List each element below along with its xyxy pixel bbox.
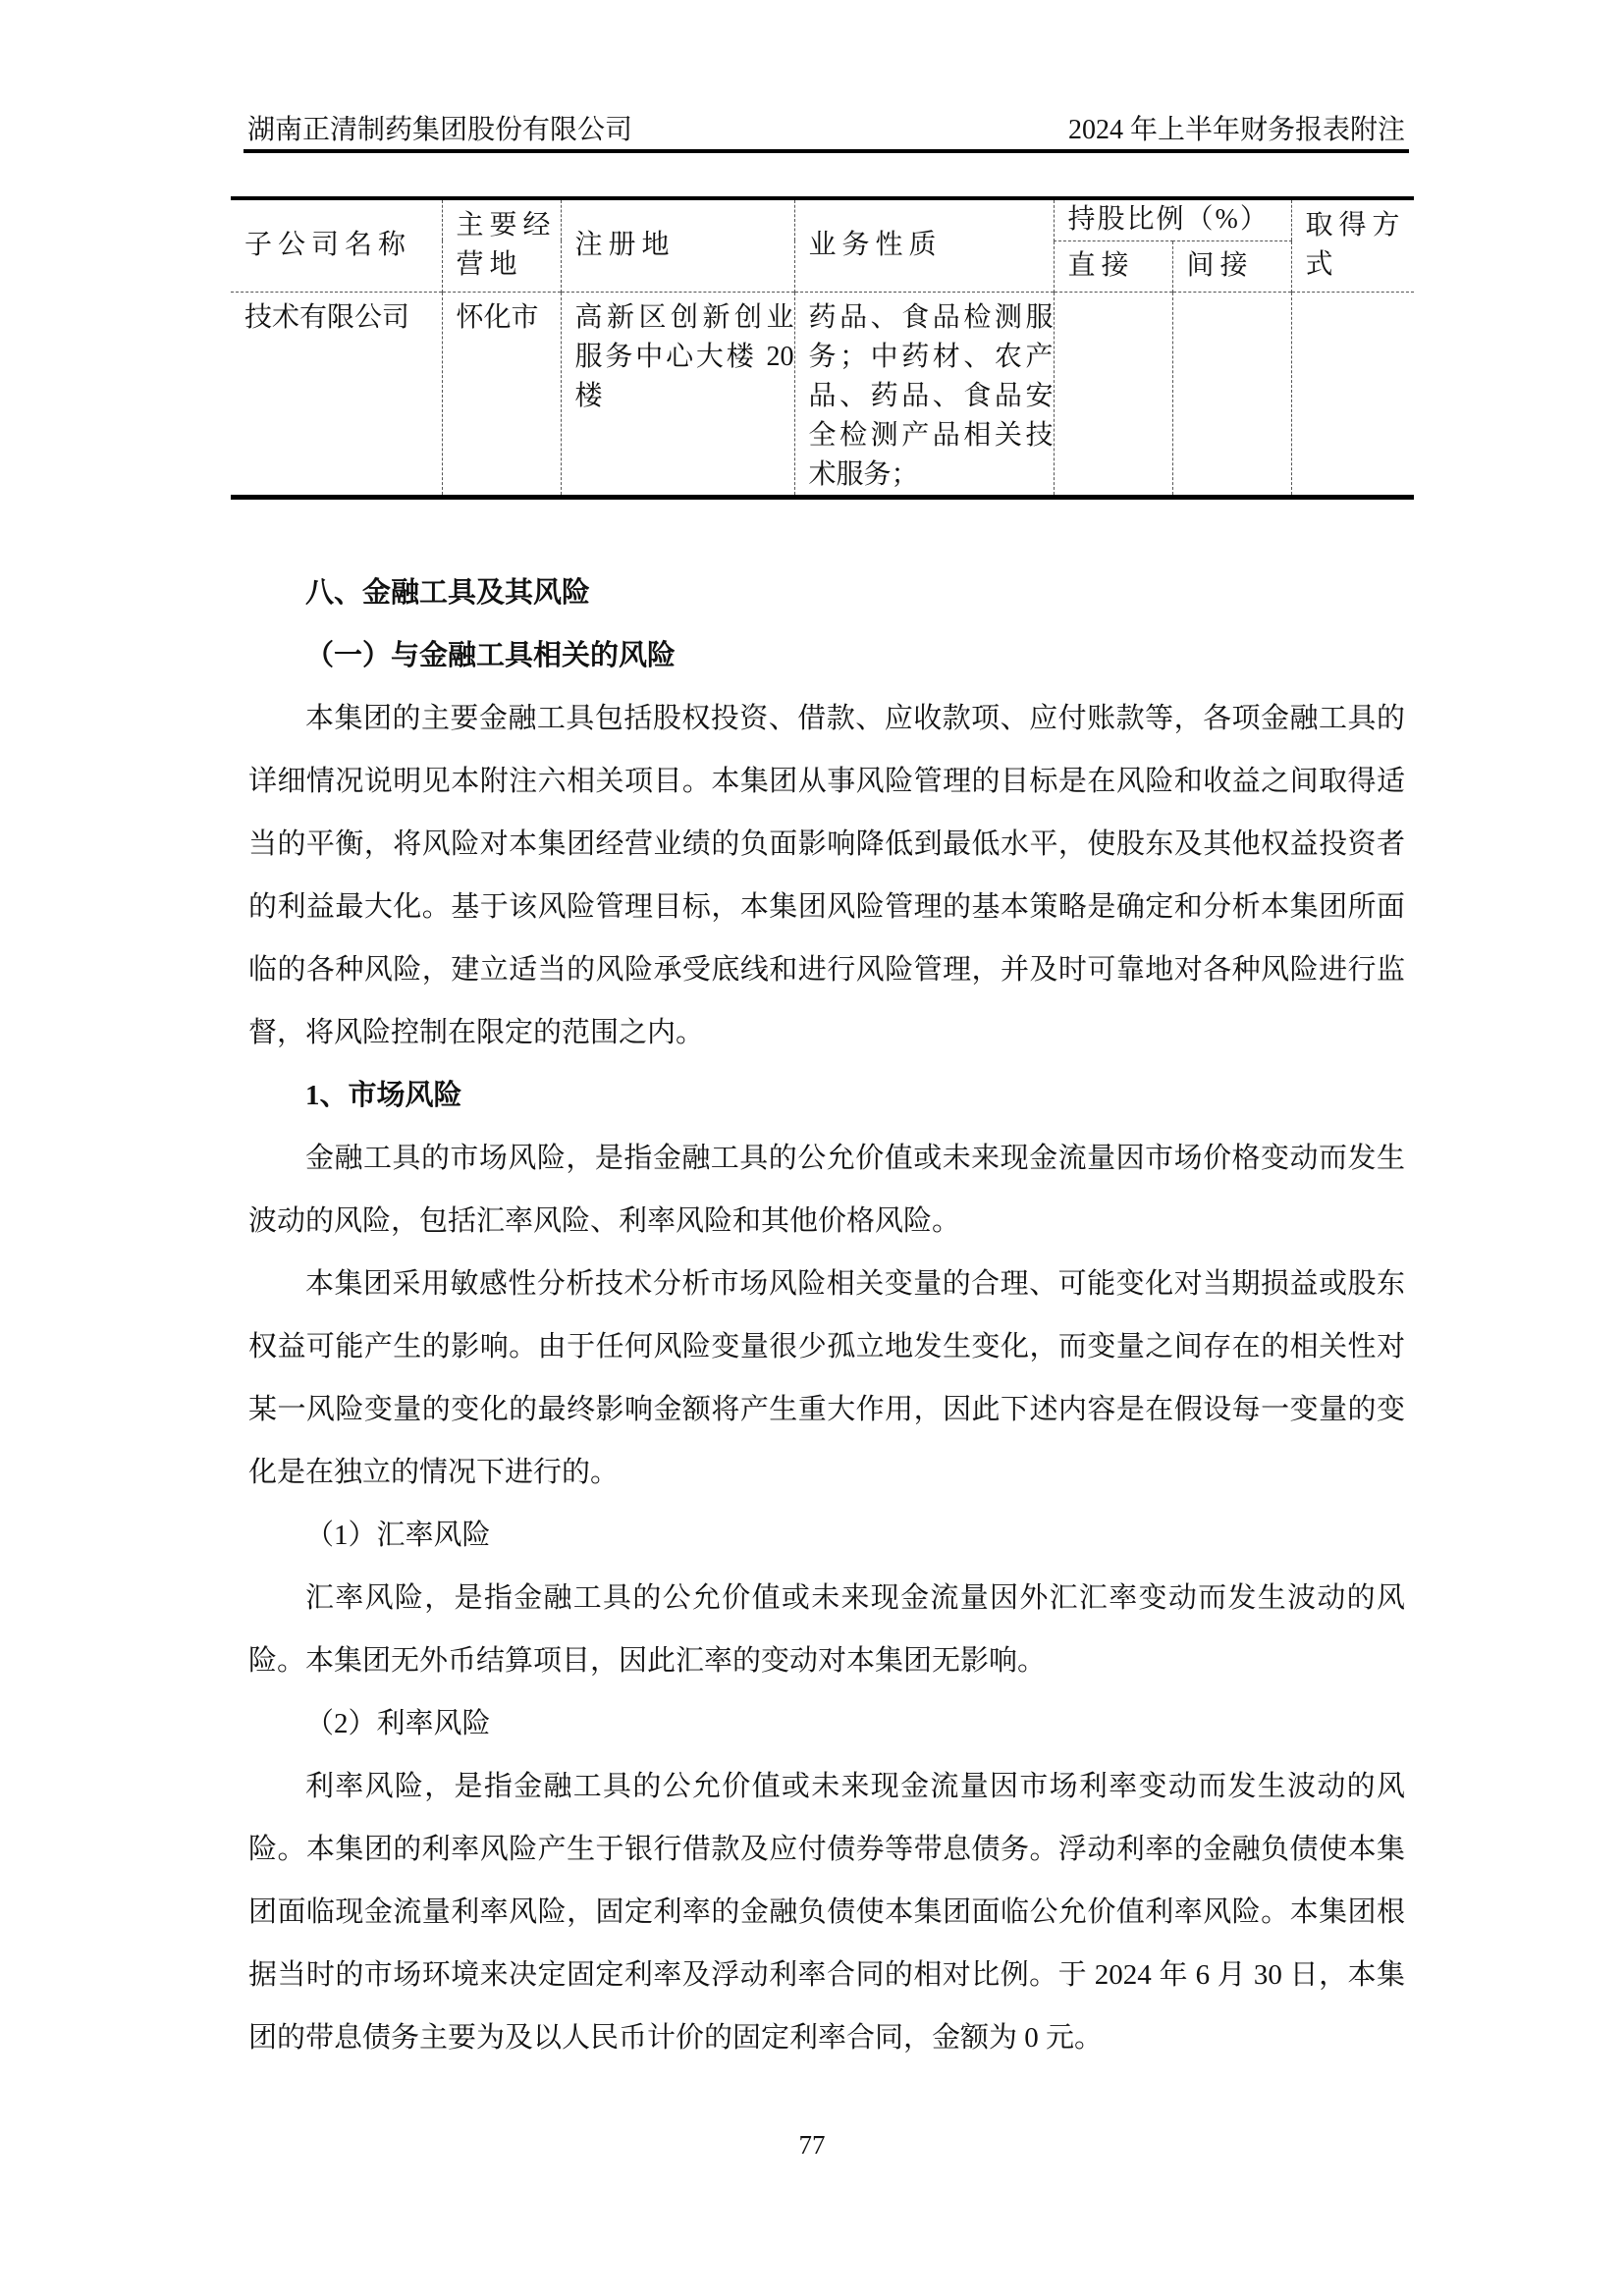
heading-exchange-rate-risk: （1）汇率风险 (248, 1504, 1405, 1567)
col-header-main-place: 主要经营地 (442, 198, 561, 292)
company-name: 湖南正清制药集团股份有限公司 (247, 114, 632, 147)
paragraph-sensitivity-analysis: 本集团采用敏感性分析技术分析市场风险相关变量的合理、可能变化对当期损益或股东权益… (248, 1253, 1405, 1504)
page-header: 湖南正清制药集团股份有限公司 2024 年上半年财务报表附注 (247, 114, 1405, 147)
body-text: 八、金融工具及其风险 （一）与金融工具相关的风险 本集团的主要金融工具包括股权投… (248, 561, 1405, 2069)
page-number: 77 (799, 2130, 826, 2160)
col-header-shareholding-ratio: 持股比例（%） (1054, 198, 1291, 240)
subsidiary-table-wrap: 子公司名称 主要经营地 注册地 业务性质 持股比例（%） 取得方式 直接 间接 … (231, 196, 1414, 500)
heading-market-risk: 1、市场风险 (248, 1064, 1405, 1127)
report-title: 2024 年上半年财务报表附注 (1068, 114, 1405, 147)
paragraph-interest-rate-risk: 利率风险，是指金融工具的公允价值或未来现金流量因市场利率变动而发生波动的风险。本… (248, 1755, 1405, 2069)
header-rule (244, 149, 1409, 153)
cell-main-place: 怀化市 (442, 292, 561, 497)
subsection-heading-related-risks: （一）与金融工具相关的风险 (248, 624, 1405, 687)
section-heading-financial-instruments: 八、金融工具及其风险 (248, 561, 1405, 624)
cell-registered-place: 高新区创新创业服务中心大楼 20 楼 (561, 292, 794, 497)
cell-business-nature: 药品、食品检测服务；中药材、农产品、药品、食品安全检测产品相关技术服务； (794, 292, 1054, 497)
page-footer: 77 (0, 2130, 1624, 2161)
cell-subsidiary-name: 技术有限公司 (231, 292, 442, 497)
col-header-subsidiary-name: 子公司名称 (231, 198, 442, 292)
table-row: 技术有限公司 怀化市 高新区创新创业服务中心大楼 20 楼 药品、食品检测服务；… (231, 292, 1414, 497)
col-header-business-nature: 业务性质 (794, 198, 1054, 292)
cell-acquisition-method (1291, 292, 1414, 497)
heading-interest-rate-risk: （2）利率风险 (248, 1692, 1405, 1755)
document-page: 湖南正清制药集团股份有限公司 2024 年上半年财务报表附注 子公司名称 主要经… (0, 0, 1624, 2296)
paragraph-exchange-rate-risk: 汇率风险，是指金融工具的公允价值或未来现金流量因外汇汇率变动而发生波动的风险。本… (248, 1567, 1405, 1692)
col-header-direct: 直接 (1054, 240, 1172, 292)
col-header-registered-place: 注册地 (561, 198, 794, 292)
cell-direct (1054, 292, 1172, 497)
cell-indirect (1172, 292, 1291, 497)
subsidiary-table: 子公司名称 主要经营地 注册地 业务性质 持股比例（%） 取得方式 直接 间接 … (231, 196, 1414, 500)
paragraph-market-risk-definition: 金融工具的市场风险，是指金融工具的公允价值或未来现金流量因市场价格变动而发生波动… (248, 1127, 1405, 1253)
col-header-indirect: 间接 (1172, 240, 1291, 292)
col-header-acquisition-method: 取得方式 (1291, 198, 1414, 292)
paragraph-risk-management: 本集团的主要金融工具包括股权投资、借款、应收款项、应付账款等，各项金融工具的详细… (248, 687, 1405, 1064)
table-header-row-1: 子公司名称 主要经营地 注册地 业务性质 持股比例（%） 取得方式 (231, 198, 1414, 240)
